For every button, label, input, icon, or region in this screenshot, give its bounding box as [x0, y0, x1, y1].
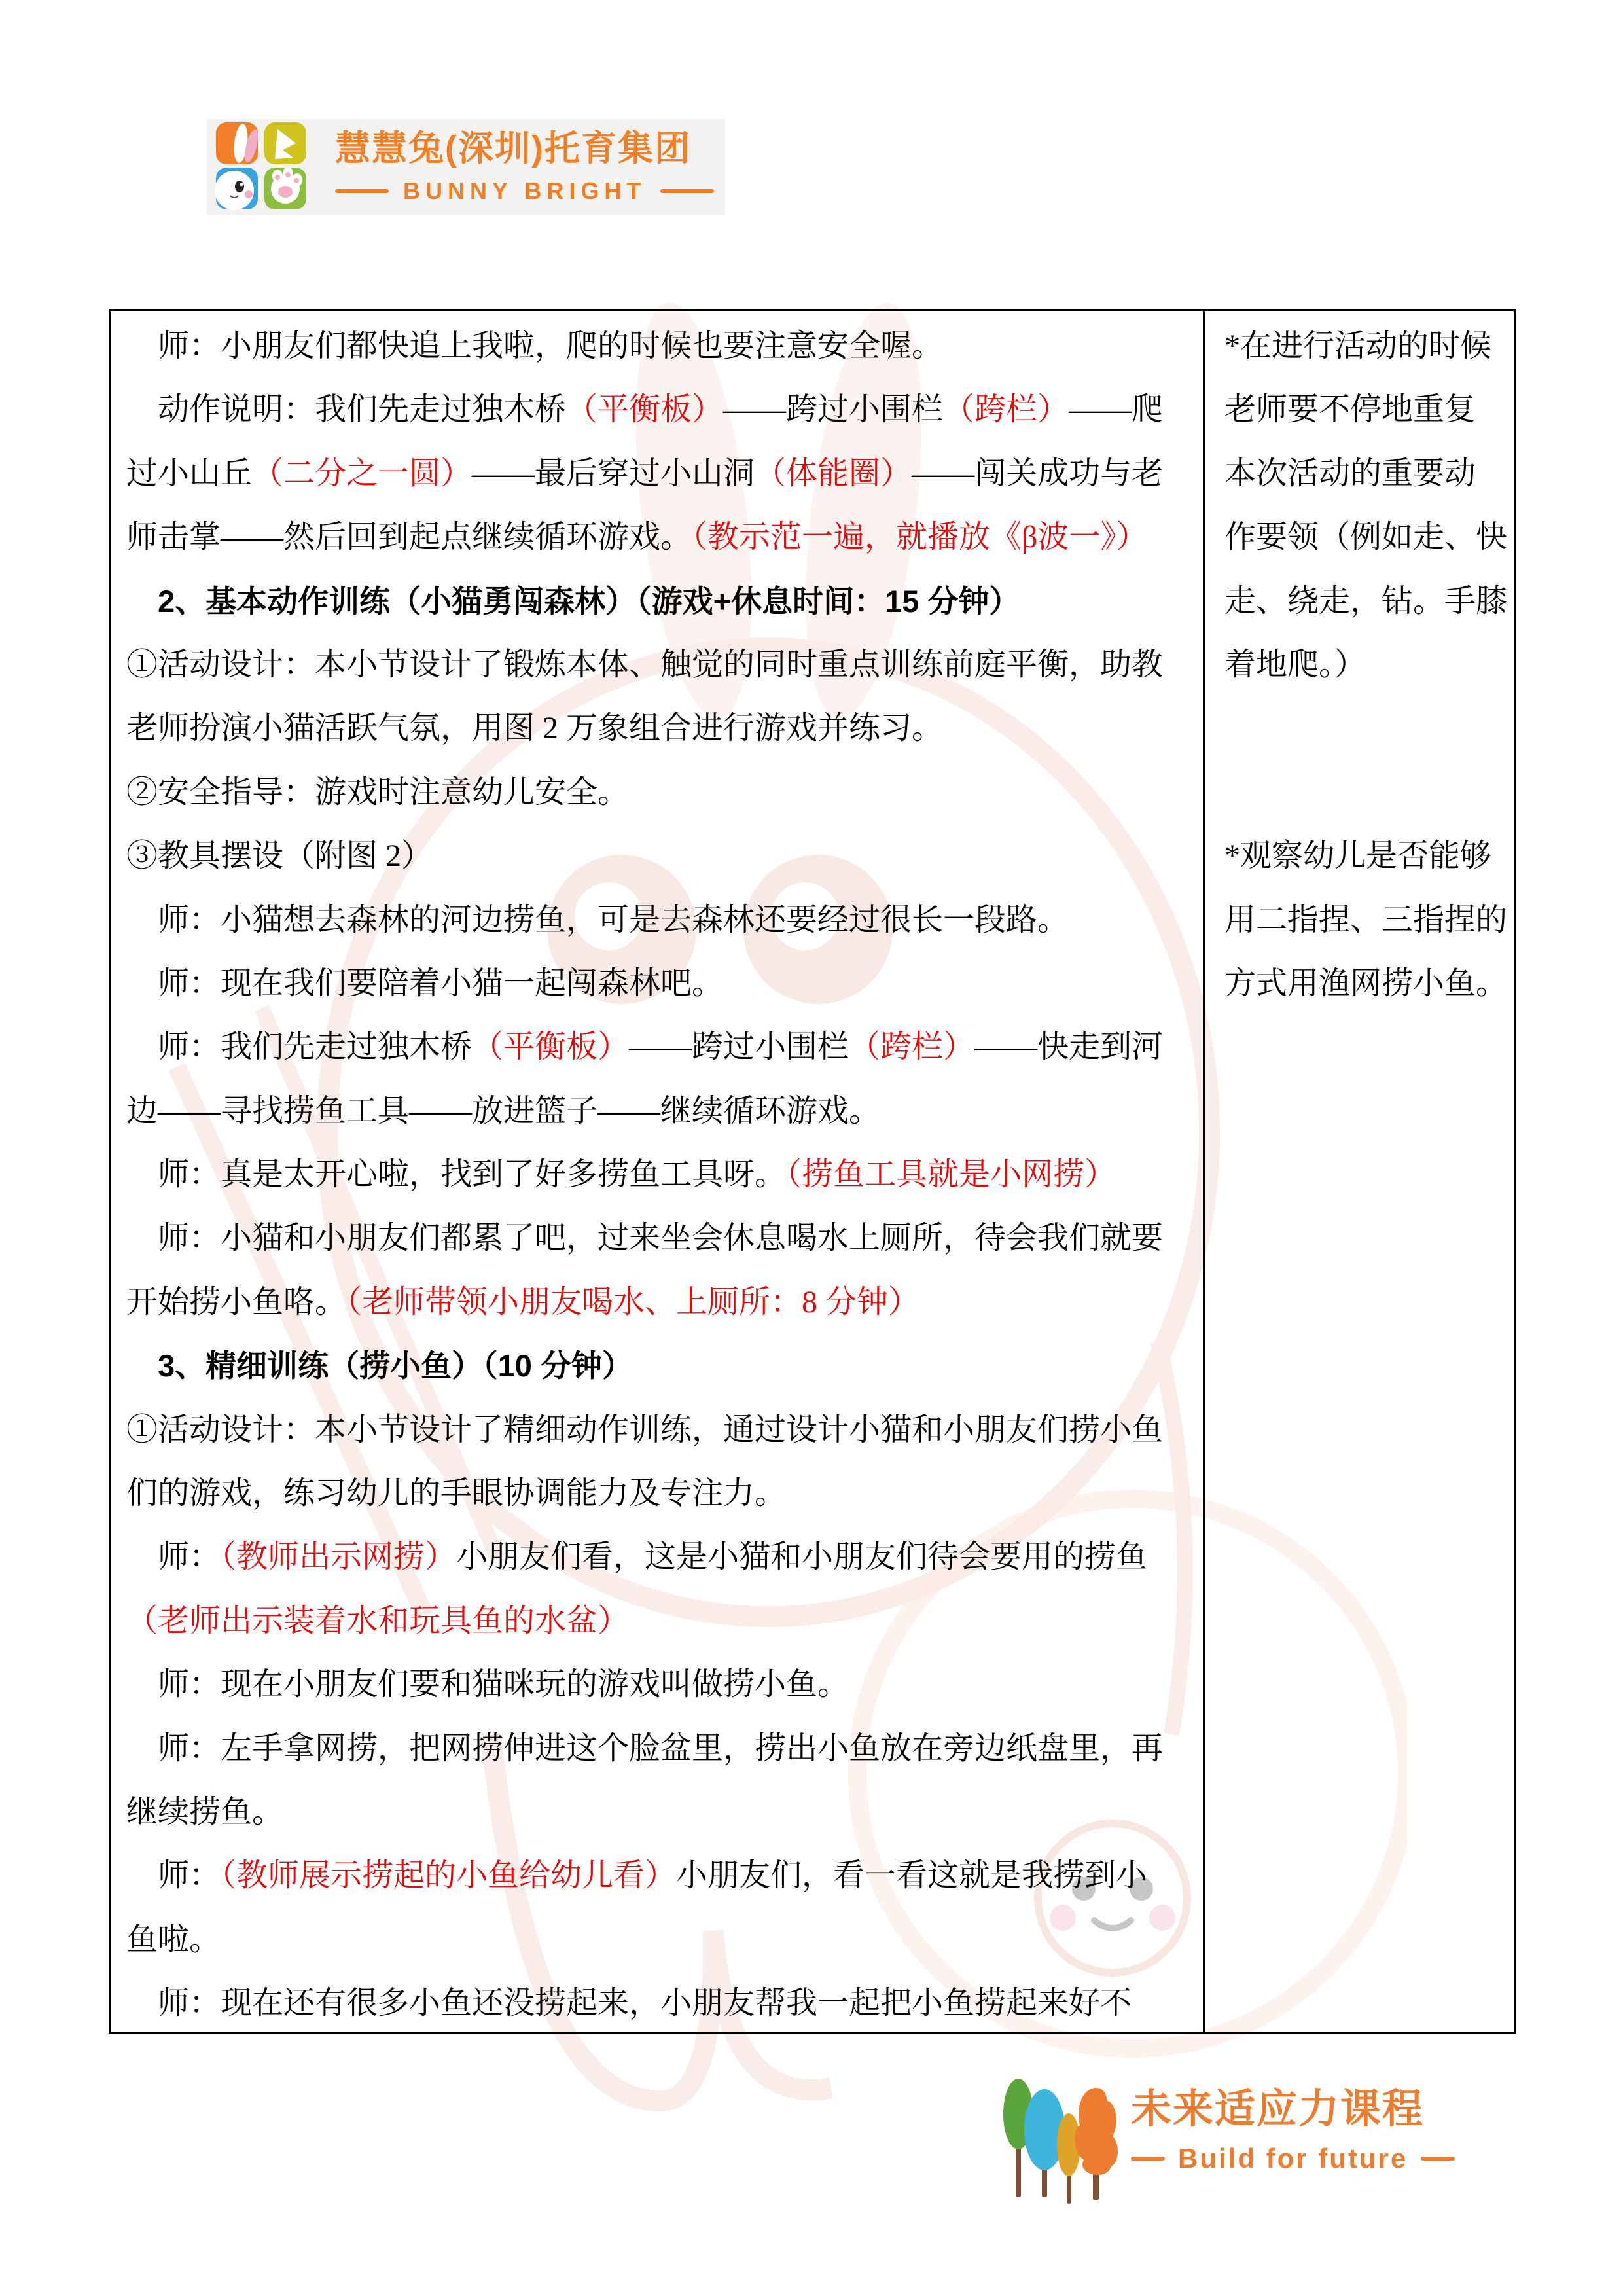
left-cell: 师：小朋友们都快追上我啦，爬的时候也要注意安全喔。动作说明：我们先走过独木桥（平…: [111, 311, 1205, 2032]
text-segment: （平衡板）: [472, 1030, 629, 1064]
text-segment: 老师扮演小猫活跃气氛，用图 2 万象组合进行游戏并练习。: [126, 711, 943, 745]
doc-line: 边——寻找捞鱼工具——放进篮子——继续循环游戏。: [126, 1079, 1203, 1143]
header-logo: 慧慧兔(深圳)托育集团 BUNNY BRIGHT: [207, 119, 725, 215]
text-segment: ——爬: [1069, 392, 1163, 427]
text-segment: 师：小朋友们都快追上我啦，爬的时候也要注意安全喔。: [158, 329, 943, 363]
text-segment: 师：: [158, 1539, 221, 1574]
teacher-note: *观察幼儿是否能够用二指捏、三指捏的方式用渔网捞小鱼。: [1224, 824, 1518, 1015]
text-segment: ——最后穿过小山洞: [472, 456, 755, 491]
teacher-note: *在进行活动的时候老师要不停地重复本次活动的重要动作要领（例如走、快走、绕走，钻…: [1224, 314, 1518, 696]
logo-squares-icon: [215, 121, 318, 213]
text-segment: （体能圈）: [755, 456, 912, 491]
text-segment: 师：小猫和小朋友们都累了吧，过来坐会休息喝水上厕所，待会我们就要: [158, 1221, 1163, 1255]
doc-line: 鱼啦。: [126, 1908, 1203, 1971]
doc-line: 师：真是太开心啦，找到了好多捞鱼工具呀。（捞鱼工具就是小网捞）: [126, 1143, 1203, 1206]
text-segment: 动作说明：我们先走过独木桥: [158, 392, 566, 427]
text-segment: 师击掌——然后回到起点继续循环游戏。: [126, 520, 692, 554]
right-dash-icon: [660, 189, 714, 193]
text-segment: （跨栏）: [849, 1030, 974, 1064]
text-segment: 3、精细训练（捞小鱼）（10 分钟）: [158, 1348, 633, 1383]
note-line: 着地爬。）: [1224, 633, 1518, 696]
doc-line: ①活动设计：本小节设计了精细动作训练，通过设计小猫和小朋友们捞小鱼: [126, 1398, 1203, 1462]
footer-logo-text: 未来适应力课程 Build for future: [1131, 2087, 1455, 2174]
note-line: 用二指捏、三指捏的: [1224, 888, 1518, 952]
text-segment: ——闯关成功与老: [912, 456, 1163, 491]
text-segment: （老师出示装着水和玩具鱼的水盆）: [126, 1604, 629, 1638]
text-segment: 师：现在小朋友们要和猫咪玩的游戏叫做捞小鱼。: [158, 1667, 849, 1702]
doc-line: 动作说明：我们先走过独木桥（平衡板）——跨过小围栏（跨栏）——爬: [126, 378, 1203, 441]
header-logo-text: 慧慧兔(深圳)托育集团 BUNNY BRIGHT: [335, 129, 714, 205]
text-segment: ①活动设计：本小节设计了精细动作训练，通过设计小猫和小朋友们捞小鱼: [126, 1412, 1163, 1447]
doc-line: 2、基本动作训练（小猫勇闯森林）（游戏+休息时间：15 分钟）: [126, 569, 1203, 633]
note-line: *观察幼儿是否能够: [1224, 824, 1518, 888]
text-segment: （教示范一遍，就播放《β波一》）: [692, 520, 1147, 554]
text-segment: 师：左手拿网捞，把网捞伸进这个脸盆里，捞出小鱼放在旁边纸盘里，再: [158, 1731, 1163, 1766]
text-segment: 师：真是太开心啦，找到了好多捞鱼工具呀。: [158, 1157, 786, 1192]
text-segment: ②安全指导：游戏时注意幼儿安全。: [126, 775, 629, 810]
text-segment: 过小山丘: [126, 456, 252, 491]
trees-icon: [1003, 2076, 1119, 2207]
text-segment: 鱼啦。: [126, 1922, 221, 1957]
doc-line: 老师扮演小猫活跃气氛，用图 2 万象组合进行游戏并练习。: [126, 696, 1203, 760]
text-segment: 师：我们先走过独木桥: [158, 1030, 472, 1064]
lesson-plan-table: 师：小朋友们都快追上我啦，爬的时候也要注意安全喔。动作说明：我们先走过独木桥（平…: [109, 309, 1516, 2034]
doc-line: （老师出示装着水和玩具鱼的水盆）: [126, 1589, 1203, 1653]
doc-line: 师击掌——然后回到起点继续循环游戏。（教示范一遍，就播放《β波一》）: [126, 505, 1203, 569]
header-logo-title: 慧慧兔(深圳)托育集团: [335, 129, 714, 168]
doc-line: 继续捞鱼。: [126, 1780, 1203, 1844]
note-line: 方式用渔网捞小鱼。: [1224, 952, 1518, 1015]
text-segment: ——跨过小围栏: [629, 1030, 849, 1064]
text-segment: 师：现在还有很多小鱼还没捞起来，小朋友帮我一起把小鱼捞起来好不: [158, 1986, 1132, 2020]
text-segment: ——跨过小围栏: [723, 392, 943, 427]
footer-logo-title: 未来适应力课程: [1131, 2087, 1455, 2132]
text-segment: 开始捞小鱼咯。: [126, 1285, 346, 1319]
text-segment: 边——寻找捞鱼工具——放进篮子——继续循环游戏。: [126, 1094, 880, 1128]
doc-line: 们的游戏，练习幼儿的手眼协调能力及专注力。: [126, 1462, 1203, 1525]
note-line: *在进行活动的时候: [1224, 314, 1518, 378]
left-dash-icon: [1131, 2157, 1165, 2161]
text-segment: 师：小猫想去森林的河边捞鱼，可是去森林还要经过很长一段路。: [158, 903, 1069, 937]
doc-line: 师：现在小朋友们要和猫咪玩的游戏叫做捞小鱼。: [126, 1653, 1203, 1716]
text-segment: 小朋友们看，这是小猫和小朋友们待会要用的捞鱼: [456, 1539, 1147, 1574]
text-segment: 2、基本动作训练（小猫勇闯森林）（游戏+休息时间：15 分钟）: [158, 584, 1020, 619]
doc-line: ①活动设计：本小节设计了锻炼本体、触觉的同时重点训练前庭平衡，助教: [126, 633, 1203, 696]
footer-logo: 未来适应力课程 Build for future: [1003, 2076, 1455, 2207]
footer-logo-subtitle: Build for future: [1178, 2143, 1408, 2174]
text-segment: 们的游戏，练习幼儿的手眼协调能力及专注力。: [126, 1476, 786, 1511]
doc-line: 过小山丘（二分之一圆）——最后穿过小山洞（体能圈）——闯关成功与老: [126, 442, 1203, 505]
text-segment: 师：现在我们要陪着小猫一起闯森林吧。: [158, 966, 723, 1001]
right-dash-icon: [1421, 2157, 1455, 2161]
doc-line: 师：现在我们要陪着小猫一起闯森林吧。: [126, 952, 1203, 1015]
doc-line: 师：左手拿网捞，把网捞伸进这个脸盆里，捞出小鱼放在旁边纸盘里，再: [126, 1717, 1203, 1780]
doc-line: 师：小猫和小朋友们都累了吧，过来坐会休息喝水上厕所，待会我们就要: [126, 1206, 1203, 1270]
text-segment: （二分之一圆）: [252, 456, 472, 491]
left-dash-icon: [335, 189, 389, 193]
text-segment: 小朋友们，看一看这就是我捞到小: [676, 1858, 1147, 1893]
doc-line: 师：小朋友们都快追上我啦，爬的时候也要注意安全喔。: [126, 314, 1203, 378]
doc-line: ③教具摆设（附图 2）: [126, 824, 1203, 888]
text-segment: 师：: [158, 1858, 221, 1893]
note-line: 作要领（例如走、快: [1224, 505, 1518, 569]
text-segment: ①活动设计：本小节设计了锻炼本体、触觉的同时重点训练前庭平衡，助教: [126, 647, 1163, 682]
doc-line: 师：（教师出示网捞）小朋友们看，这是小猫和小朋友们待会要用的捞鱼: [126, 1525, 1203, 1588]
right-cell: *在进行活动的时候老师要不停地重复本次活动的重要动作要领（例如走、快走、绕走，钻…: [1205, 311, 1518, 2032]
doc-line: 师：（教师展示捞起的小鱼给幼儿看）小朋友们，看一看这就是我捞到小: [126, 1844, 1203, 1907]
text-segment: （老师带领小朋友喝水、上厕所：8 分钟）: [346, 1285, 919, 1319]
page: 慧慧兔(深圳)托育集团 BUNNY BRIGHT 师：小朋友们都快追上我啦，爬的…: [0, 0, 1623, 2296]
doc-line: 开始捞小鱼咯。（老师带领小朋友喝水、上厕所：8 分钟）: [126, 1270, 1203, 1334]
doc-line: 师：现在还有很多小鱼还没捞起来，小朋友帮我一起把小鱼捞起来好不: [126, 1971, 1203, 2035]
doc-line: 3、精细训练（捞小鱼）（10 分钟）: [126, 1334, 1203, 1397]
text-segment: （捞鱼工具就是小网捞）: [786, 1157, 1116, 1192]
text-segment: （跨栏）: [943, 392, 1069, 427]
text-segment: （平衡板）: [566, 392, 723, 427]
doc-line: 师：我们先走过独木桥（平衡板）——跨过小围栏（跨栏）——快走到河: [126, 1015, 1203, 1079]
doc-line: 师：小猫想去森林的河边捞鱼，可是去森林还要经过很长一段路。: [126, 888, 1203, 952]
note-line: 老师要不停地重复: [1224, 378, 1518, 441]
doc-line: ②安全指导：游戏时注意幼儿安全。: [126, 761, 1203, 824]
note-line: 本次活动的重要动: [1224, 442, 1518, 505]
text-segment: （教师出示网捞）: [221, 1539, 456, 1574]
text-segment: 继续捞鱼。: [126, 1795, 283, 1829]
bunny-mascot-icon: [215, 121, 318, 213]
header-logo-subtitle: BUNNY BRIGHT: [403, 177, 646, 205]
text-segment: （教师展示捞起的小鱼给幼儿看）: [221, 1858, 676, 1893]
note-line: 走、绕走，钻。手膝: [1224, 569, 1518, 633]
text-segment: ——快走到河: [974, 1030, 1163, 1064]
text-segment: ③教具摆设（附图 2）: [126, 838, 433, 873]
